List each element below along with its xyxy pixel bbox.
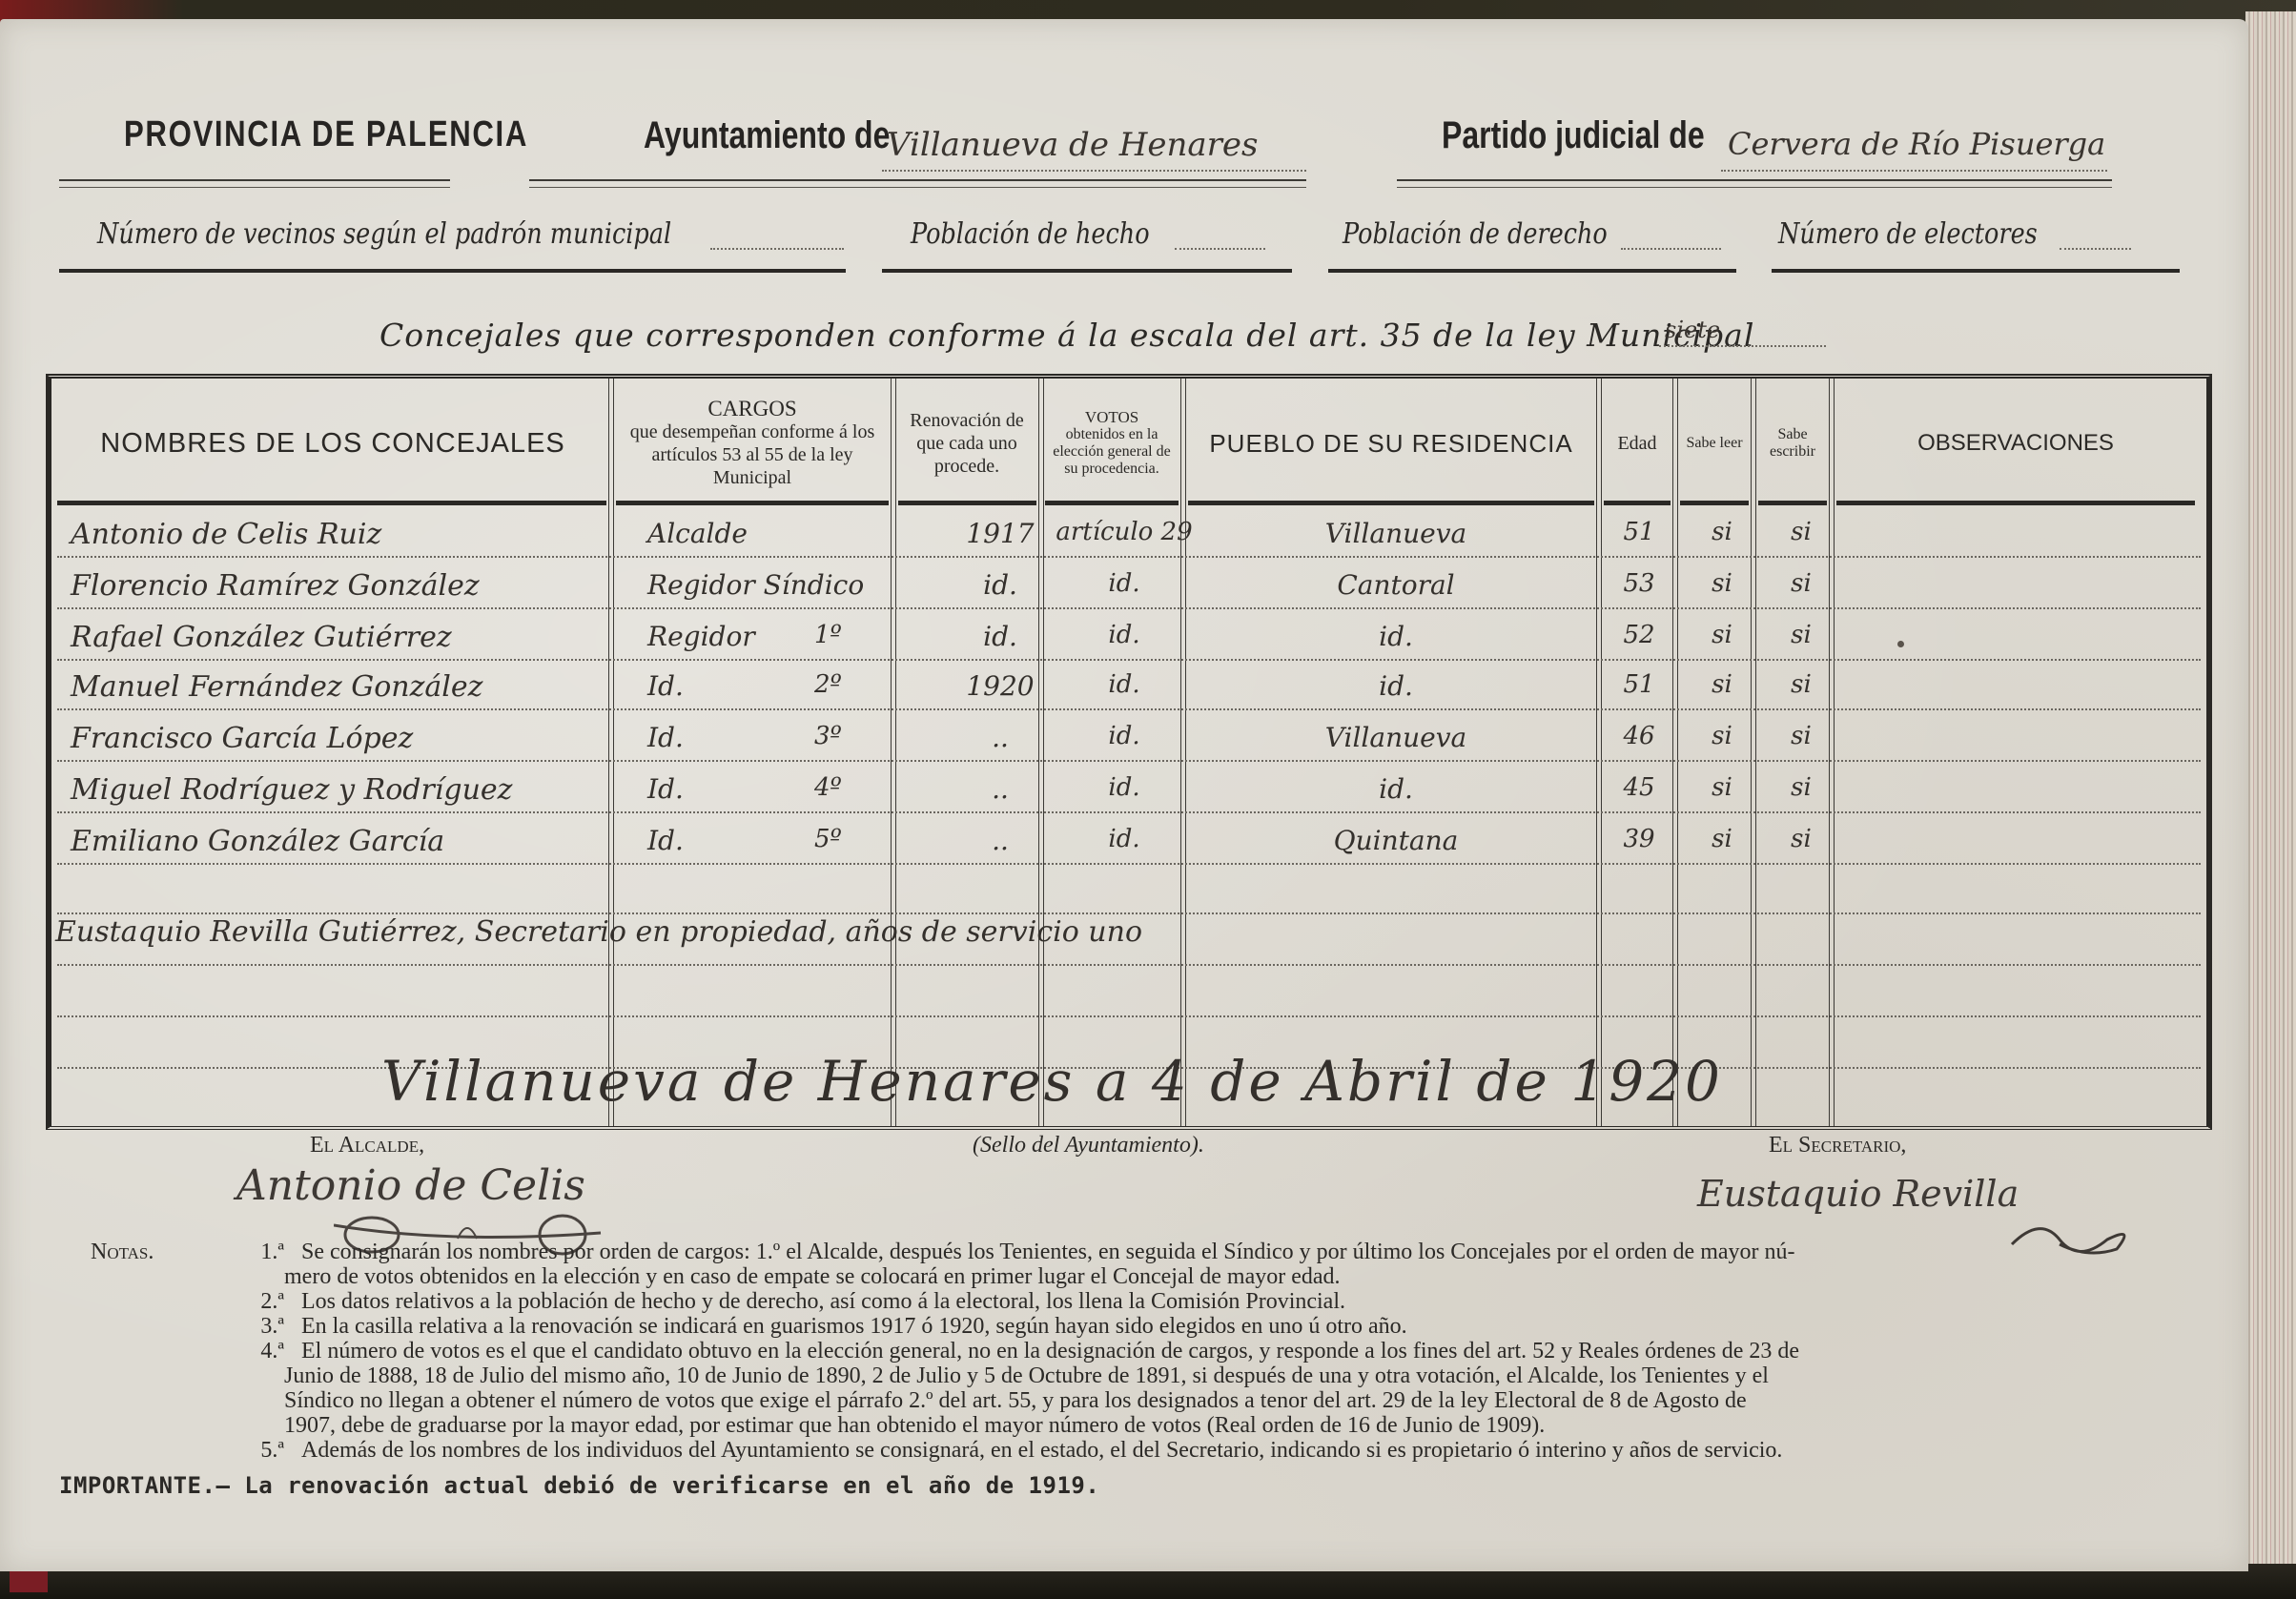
cell-votos: id. bbox=[1043, 670, 1205, 699]
header-votos-title: VOTOS bbox=[1085, 409, 1138, 426]
cell-orden: 1º bbox=[814, 621, 842, 649]
header-votos: VOTOS obtenidos en la elección general d… bbox=[1045, 386, 1179, 501]
note-2: 2.ª Los datos relativos a la población d… bbox=[91, 1289, 2188, 1314]
cell-sabe-leer: si bbox=[1684, 825, 1760, 853]
note-1-continued: mero de votos obtenidos en la elección y… bbox=[91, 1264, 2188, 1289]
cell-cargo: Id. bbox=[647, 722, 684, 753]
cell-pueblo: Villanueva bbox=[1215, 722, 1577, 753]
alcalde-label: El Alcalde, bbox=[310, 1133, 424, 1158]
cell-pueblo: id. bbox=[1215, 621, 1577, 652]
document-page: PROVINCIA DE PALENCIA Ayuntamiento de Vi… bbox=[0, 19, 2248, 1571]
vecinos-label: Número de vecinos según el padrón munici… bbox=[97, 217, 671, 251]
cell-orden: 3º bbox=[814, 722, 842, 750]
poblacion-derecho-field[interactable] bbox=[1621, 248, 1721, 250]
table-row: Manuel Fernández González Id. 2º 1920 id… bbox=[51, 670, 2206, 714]
cell-sabe-escribir: si bbox=[1763, 773, 1839, 802]
cell-sabe-leer: si bbox=[1684, 621, 1760, 649]
header-renovacion: Renovación de que cada uno procede. bbox=[900, 386, 1034, 501]
cell-orden: 2º bbox=[814, 670, 842, 699]
cell-orden: 4º bbox=[814, 773, 842, 802]
cell-pueblo: id. bbox=[1215, 773, 1577, 805]
alcalde-signature: Antonio de Celis bbox=[236, 1161, 585, 1210]
table-row: Florencio Ramírez González Regidor Síndi… bbox=[51, 569, 2206, 613]
note-4-continued: Síndico no llegan a obtener el número de… bbox=[91, 1388, 2188, 1413]
vecinos-field[interactable] bbox=[710, 248, 844, 250]
header-cargos-sub: que desempeñan conforme á los artículos … bbox=[614, 420, 891, 489]
notes-heading: Notas. bbox=[91, 1240, 219, 1264]
electores-label: Número de electores bbox=[1778, 217, 2038, 251]
cell-nombre: Miguel Rodríguez y Rodríguez bbox=[71, 773, 513, 807]
header-separator bbox=[1045, 501, 1179, 505]
note-4-continued: Junio de 1888, 18 de Julio del mismo año… bbox=[91, 1363, 2188, 1388]
header-observaciones: OBSERVACIONES bbox=[1836, 386, 2195, 501]
ayuntamiento-value: Villanueva de Henares bbox=[887, 126, 1259, 164]
cell-nombre: Rafael González Gutiérrez bbox=[71, 621, 452, 654]
cell-nombre: Antonio de Celis Ruiz bbox=[71, 518, 381, 551]
partido-judicial-value: Cervera de Río Pisuerga bbox=[1728, 126, 2105, 162]
cell-sabe-escribir: si bbox=[1763, 722, 1839, 750]
note-4: 4.ª El número de votos es el que el cand… bbox=[91, 1339, 2188, 1363]
cell-votos: id. bbox=[1043, 722, 1205, 750]
cell-edad: 46 bbox=[1601, 722, 1677, 750]
cell-sabe-escribir: si bbox=[1763, 569, 1839, 598]
note-3: 3.ª En la casilla relativa a la renovaci… bbox=[91, 1314, 2188, 1339]
provincia-heading: PROVINCIA DE PALENCIA bbox=[124, 114, 528, 155]
place-date-line: Villanueva de Henares a 4 de Abril de 19… bbox=[381, 1049, 1723, 1114]
cell-pueblo: Quintana bbox=[1215, 825, 1577, 856]
dotted-line bbox=[1659, 345, 1826, 347]
header-sabe-leer: Sabe leer bbox=[1680, 386, 1749, 501]
header-separator bbox=[898, 501, 1036, 505]
cell-votos: id. bbox=[1043, 773, 1205, 802]
cell-cargo: Id. bbox=[647, 670, 684, 702]
cell-nombre: Emiliano González García bbox=[71, 825, 444, 858]
header-separator bbox=[1188, 501, 1594, 505]
cell-edad: 51 bbox=[1601, 670, 1677, 699]
concejales-table: NOMBRES DE LOS CONCEJALES CARGOS que des… bbox=[46, 374, 2212, 1130]
cell-sabe-escribir: si bbox=[1763, 621, 1839, 649]
cell-votos: id. bbox=[1043, 621, 1205, 649]
header-votos-sub: obtenidos en la elección general de su p… bbox=[1045, 426, 1179, 478]
cell-sabe-leer: si bbox=[1684, 722, 1760, 750]
concejales-label: Concejales que corresponden conforme á l… bbox=[379, 317, 1754, 354]
row-rule bbox=[57, 964, 2201, 966]
electores-field[interactable] bbox=[2060, 248, 2131, 250]
cell-pueblo: Cantoral bbox=[1215, 569, 1577, 601]
cell-edad: 52 bbox=[1601, 621, 1677, 649]
note-text: Además de los nombres de los individuos … bbox=[301, 1438, 2188, 1463]
secretario-label: El Secretario, bbox=[1769, 1133, 1906, 1158]
cell-cargo: Regidor Síndico bbox=[647, 569, 864, 601]
divider bbox=[59, 179, 450, 188]
header-separator bbox=[57, 501, 606, 505]
cell-cargo: Id. bbox=[647, 825, 684, 856]
cell-edad: 45 bbox=[1601, 773, 1677, 802]
table-row: Rafael González Gutiérrez Regidor 1º id.… bbox=[51, 621, 2206, 665]
partido-judicial-label: Partido judicial de bbox=[1442, 114, 1705, 157]
header-edad: Edad bbox=[1602, 386, 1672, 501]
secretary-entry: Eustaquio Revilla Gutiérrez, Secretario … bbox=[55, 915, 1142, 949]
table-row: Emiliano González García Id. 5º .. id. Q… bbox=[51, 825, 2206, 869]
notes-section: Notas. 1.ª Se consignarán los nombres po… bbox=[91, 1240, 2188, 1463]
cell-sabe-leer: si bbox=[1684, 518, 1760, 546]
divider bbox=[1397, 179, 2112, 188]
poblacion-hecho-label: Población de hecho bbox=[911, 217, 1150, 251]
header-cargos-title: CARGOS bbox=[707, 398, 796, 420]
divider bbox=[59, 269, 846, 273]
note-text: Los datos relativos a la población de he… bbox=[301, 1289, 2188, 1314]
cell-cargo: Alcalde bbox=[647, 518, 748, 549]
sello-label: (Sello del Ayuntamiento). bbox=[973, 1133, 1204, 1158]
cell-votos: id. bbox=[1043, 569, 1205, 598]
note-number: 4.ª bbox=[219, 1339, 301, 1363]
cell-sabe-leer: si bbox=[1684, 670, 1760, 699]
header-pueblo: PUEBLO DE SU RESIDENCIA bbox=[1188, 386, 1594, 501]
note-number: 1.ª bbox=[219, 1240, 301, 1264]
cell-pueblo: id. bbox=[1215, 670, 1577, 702]
ayuntamiento-label: Ayuntamiento de bbox=[644, 114, 890, 157]
divider bbox=[529, 179, 1306, 188]
header-separator bbox=[1604, 501, 1671, 505]
row-rule bbox=[57, 1015, 2201, 1017]
note-text: El número de votos es el que el candidat… bbox=[301, 1339, 2188, 1363]
cell-sabe-leer: si bbox=[1684, 569, 1760, 598]
cell-orden: 5º bbox=[814, 825, 842, 853]
header-cargos: CARGOS que desempeñan conforme á los art… bbox=[614, 386, 891, 501]
cell-edad: 53 bbox=[1601, 569, 1677, 598]
poblacion-hecho-field[interactable] bbox=[1175, 248, 1265, 250]
header-separator bbox=[1680, 501, 1749, 505]
table-row: Miguel Rodríguez y Rodríguez Id. 4º .. i… bbox=[51, 773, 2206, 817]
cell-sabe-escribir: si bbox=[1763, 518, 1839, 546]
table-row: Antonio de Celis Ruiz Alcalde 1917 artíc… bbox=[51, 518, 2206, 562]
importante-notice: IMPORTANTE.— La renovación actual debió … bbox=[59, 1472, 1099, 1499]
header-sabe-escribir: Sabe escribir bbox=[1758, 386, 1827, 501]
cell-edad: 39 bbox=[1601, 825, 1677, 853]
note-5: 5.ª Además de los nombres de los individ… bbox=[91, 1438, 2188, 1463]
note-number: 3.ª bbox=[219, 1314, 301, 1339]
cell-nombre: Manuel Fernández González bbox=[71, 670, 482, 704]
note-1: Notas. 1.ª Se consignarán los nombres po… bbox=[91, 1240, 2188, 1264]
divider bbox=[1772, 269, 2180, 273]
cell-cargo: Id. bbox=[647, 773, 684, 805]
cell-sabe-leer: si bbox=[1684, 773, 1760, 802]
note-text: Se consignarán los nombres por orden de … bbox=[301, 1240, 2188, 1264]
poblacion-derecho-label: Población de derecho bbox=[1343, 217, 1608, 251]
header-separator bbox=[1758, 501, 1827, 505]
header-nombres: NOMBRES DE LOS CONCEJALES bbox=[57, 386, 608, 501]
cell-edad: 51 bbox=[1601, 518, 1677, 546]
dotted-line bbox=[882, 170, 1306, 172]
divider bbox=[882, 269, 1292, 273]
cell-sabe-escribir: si bbox=[1763, 670, 1839, 699]
secretario-signature: Eustaquio Revilla bbox=[1697, 1173, 2019, 1215]
header-separator bbox=[1836, 501, 2195, 505]
cell-nombre: Francisco García López bbox=[71, 722, 413, 755]
cell-cargo: Regidor bbox=[647, 621, 755, 652]
note-4-continued: 1907, debe de graduarse por la mayor eda… bbox=[91, 1413, 2188, 1438]
header-separator bbox=[616, 501, 889, 505]
cell-nombre: Florencio Ramírez González bbox=[71, 569, 480, 603]
cell-sabe-escribir: si bbox=[1763, 825, 1839, 853]
note-text: En la casilla relativa a la renovación s… bbox=[301, 1314, 2188, 1339]
dotted-line bbox=[1721, 170, 2107, 172]
ink-dot bbox=[1897, 641, 1904, 647]
table-row: Francisco García López Id. 3º .. id. Vil… bbox=[51, 722, 2206, 766]
concejales-value: siete bbox=[1665, 317, 1720, 343]
row-rule bbox=[57, 912, 2201, 914]
divider bbox=[1328, 269, 1736, 273]
page-stack-edge bbox=[2245, 11, 2296, 1575]
note-number: 5.ª bbox=[219, 1438, 301, 1463]
cell-pueblo: Villanueva bbox=[1215, 518, 1577, 549]
cell-votos: artículo 29 bbox=[1043, 518, 1205, 546]
note-number: 2.ª bbox=[219, 1289, 301, 1314]
cell-votos: id. bbox=[1043, 825, 1205, 853]
